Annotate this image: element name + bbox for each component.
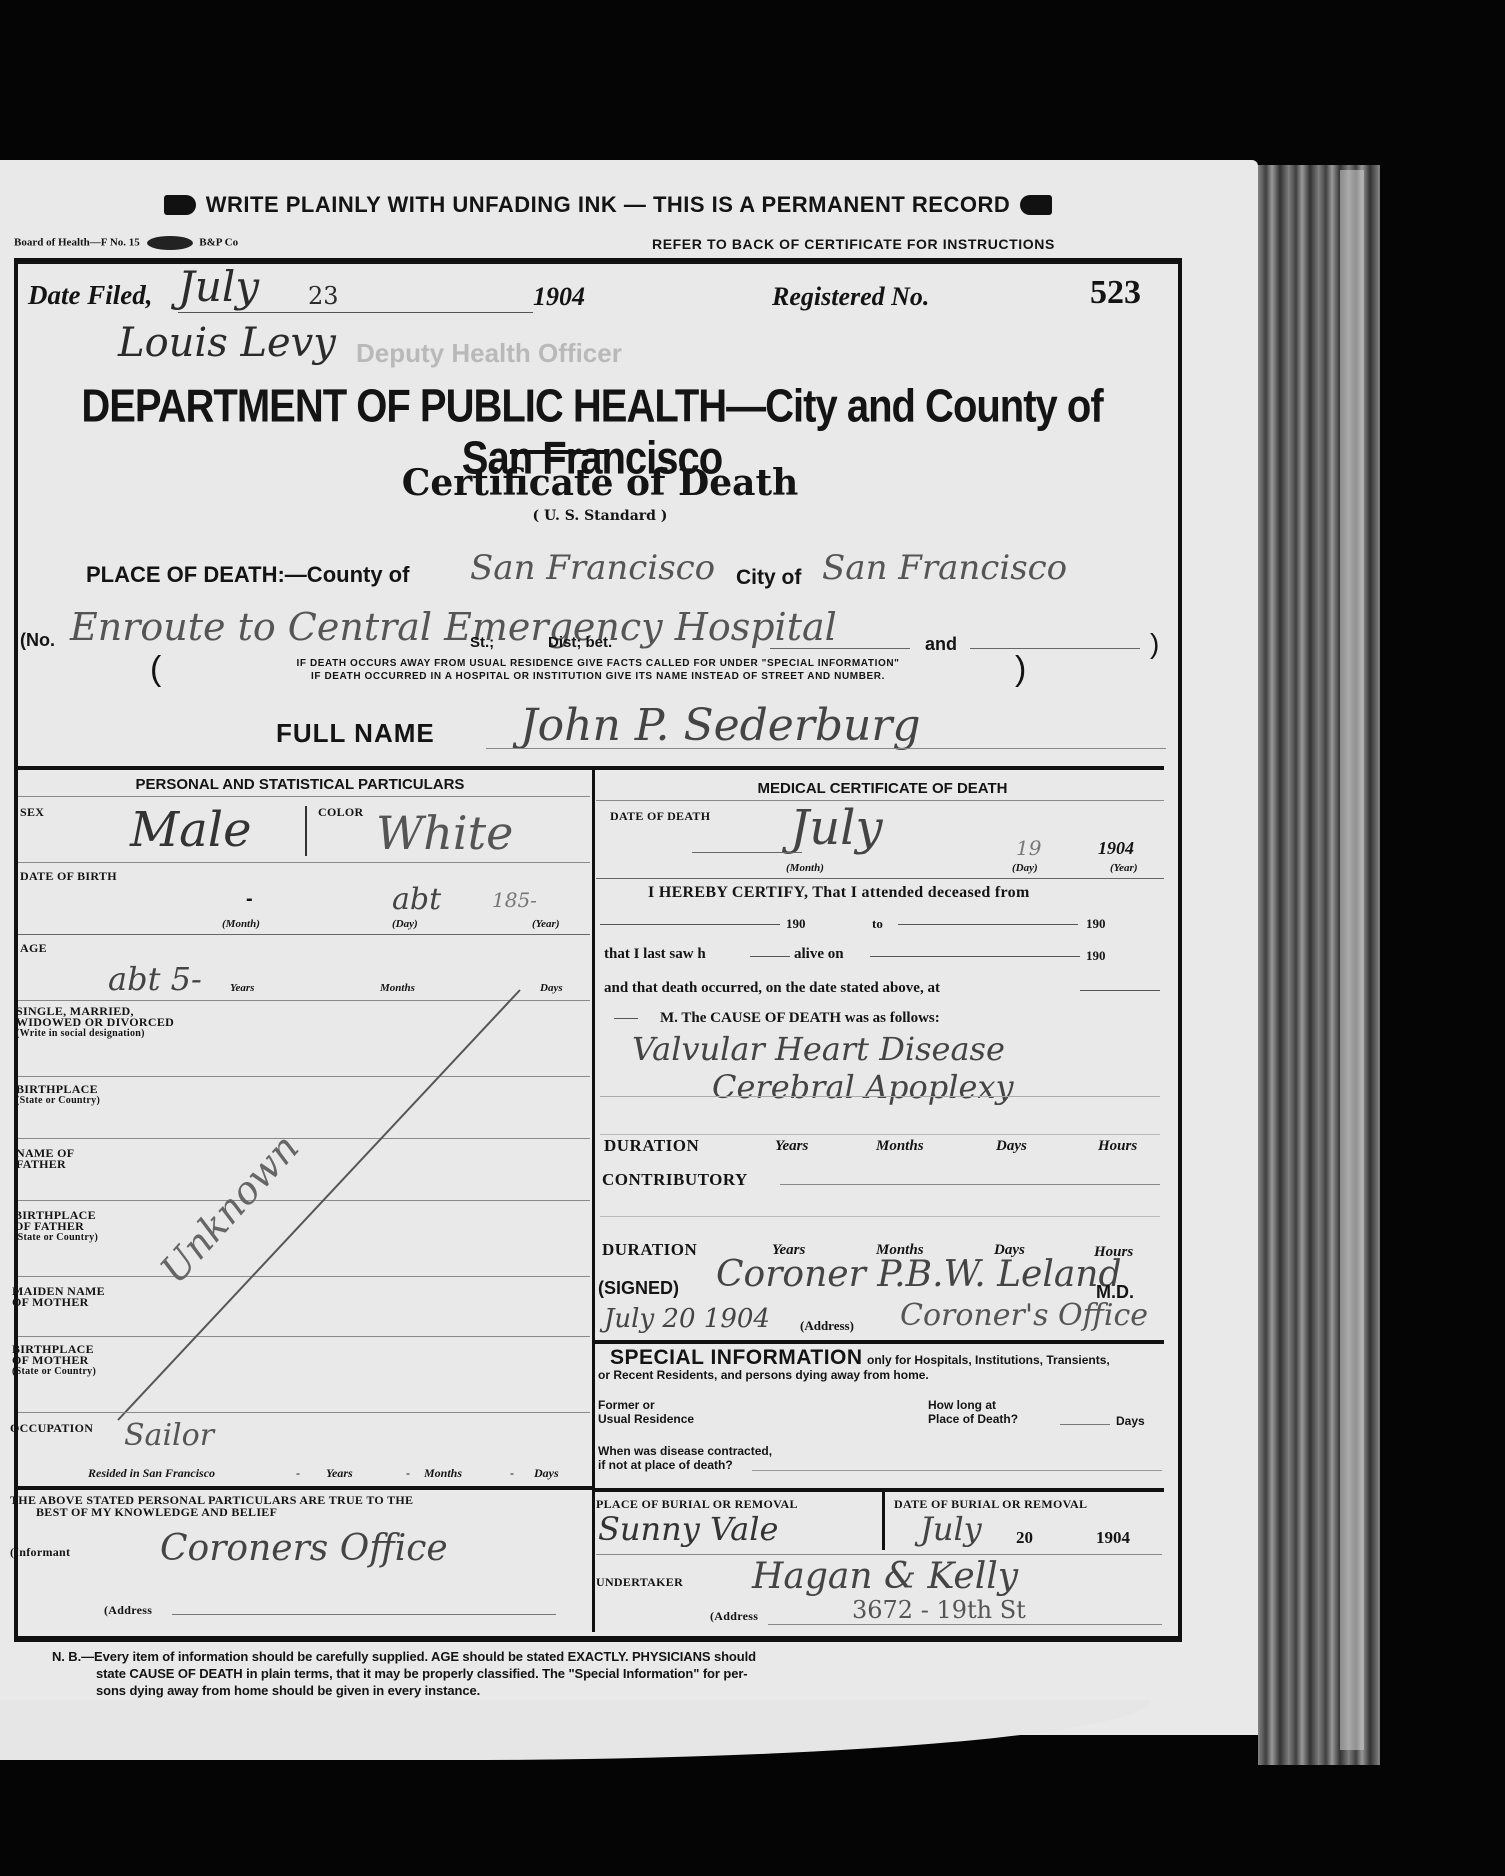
date-of-death-label: DATE OF DEATH <box>610 810 710 822</box>
undertaker-label: UNDERTAKER <box>596 1576 683 1588</box>
informant-address-line <box>172 1614 556 1615</box>
alive-on-year: 190 <box>1086 948 1106 964</box>
how-long-line <box>1060 1424 1110 1425</box>
duration-months: Months <box>876 1138 924 1155</box>
dod-year: 1904 <box>1098 838 1134 859</box>
how-long-label: How long at Place of Death? <box>928 1398 1018 1426</box>
burial-place-label: PLACE OF BURIAL OR REMOVAL <box>596 1498 798 1510</box>
resided-months-caption: Months <box>424 1466 462 1481</box>
occupation-value: Sailor <box>124 1418 214 1453</box>
resided-label: Resided in San Francisco <box>88 1466 215 1481</box>
signer-address-label: (Address) <box>800 1318 854 1334</box>
row-line <box>596 878 1164 879</box>
row-line <box>596 1554 1162 1555</box>
pronoun-line <box>750 956 790 957</box>
attended-to-line <box>898 924 1078 925</box>
cause-line <box>600 1096 1160 1097</box>
duration-label: DURATION <box>604 1136 699 1156</box>
resided-months-value: - <box>406 1466 410 1480</box>
special-info-heading-block: SPECIAL INFORMATION only for Hospitals, … <box>610 1346 1110 1370</box>
disease-contracted-line <box>752 1470 1162 1471</box>
attended-from-line <box>600 924 780 925</box>
signed-date: July 20 1904 <box>604 1304 770 1334</box>
former-residence-label: Former or Usual Residence <box>598 1398 694 1426</box>
undertaker-value: Hagan & Kelly <box>752 1556 1018 1597</box>
medical-heading: MEDICAL CERTIFICATE OF DEATH <box>600 780 1165 797</box>
duration-years: Years <box>775 1138 808 1155</box>
duration-label-2: DURATION <box>602 1240 697 1260</box>
burial-date-label: DATE of BURIAL or REMOVAL <box>894 1498 1087 1510</box>
death-time-line <box>1080 990 1160 991</box>
resided-years-value: - <box>296 1466 300 1480</box>
duration-days: Days <box>996 1138 1027 1155</box>
special-info-note-2: or Recent Residents, and persons dying a… <box>598 1368 929 1382</box>
attended-to-label: to <box>872 916 883 932</box>
time-line <box>614 1018 638 1019</box>
occupation-label: OCCUPATION <box>10 1422 93 1434</box>
special-info-divider <box>594 1340 1164 1344</box>
burial-date-day: 20 <box>1016 1528 1033 1548</box>
burial-date-month: July <box>920 1510 982 1548</box>
signed-label: (SIGNED) <box>598 1278 679 1299</box>
dod-day: 19 <box>1016 836 1041 860</box>
dod-month: July <box>790 800 883 856</box>
cause-line <box>600 1134 1160 1135</box>
attestation-text: THE ABOVE STATED PERSONAL PARTICULARS AR… <box>10 1494 413 1518</box>
dod-day-caption: (Day) <box>1012 862 1038 874</box>
alive-on-text: alive on <box>794 946 844 963</box>
dod-month-line <box>692 852 802 853</box>
footnote-line-1: N. B.—Every item of information should b… <box>52 1648 756 1665</box>
special-info-note-1: only for Hospitals, Institutions, Transi… <box>867 1353 1110 1367</box>
burial-divider <box>594 1488 1164 1492</box>
alive-on-line <box>870 956 1080 957</box>
resided-days-caption: Days <box>534 1466 559 1481</box>
undertaker-address: 3672 - 19th St <box>852 1596 1026 1624</box>
cause-of-death-text: M. The CAUSE OF DEATH was as follows: <box>660 1010 940 1027</box>
death-occurred-text: and that death occurred, on the date sta… <box>604 980 940 997</box>
cause-primary: Valvular Heart Disease <box>632 1030 1005 1068</box>
footnote-line-3: sons dying away from home should be give… <box>52 1682 756 1699</box>
informant-value: Coroners Office <box>160 1528 448 1569</box>
contributory-line-2 <box>600 1216 1160 1217</box>
burial-date-year: 1904 <box>1096 1528 1130 1548</box>
dod-year-caption: (Year) <box>1110 862 1138 874</box>
attestation-divider <box>14 1486 594 1490</box>
attended-from-year: 190 <box>786 916 806 932</box>
row-line <box>18 1412 590 1413</box>
how-long-days-label: Days <box>1116 1414 1145 1428</box>
special-info-heading: SPECIAL INFORMATION <box>610 1346 863 1369</box>
resided-days-value: - <box>510 1466 514 1480</box>
informant-label: (Informant <box>10 1546 70 1558</box>
contributory-line <box>780 1184 1160 1185</box>
signed-by-value: Coroner P.B.W. Leland <box>716 1254 1122 1295</box>
duration-hours: Hours <box>1098 1138 1137 1155</box>
footnote: N. B.—Every item of information should b… <box>52 1648 756 1699</box>
last-saw-text: that I last saw h <box>604 946 706 963</box>
dod-month-caption: (Month) <box>786 862 824 874</box>
attended-to-year: 190 <box>1086 916 1106 932</box>
signer-address: Coroner's Office <box>900 1298 1148 1333</box>
footnote-line-2: state CAUSE OF DEATH in plain terms, tha… <box>52 1665 756 1682</box>
undertaker-address-label: (Address <box>710 1610 758 1622</box>
cause-secondary: Cerebral Apoplexy <box>712 1068 1014 1106</box>
burial-place-value: Sunny Vale <box>598 1510 778 1548</box>
disease-contracted-label: When was disease contracted, if not at p… <box>598 1444 772 1472</box>
undertaker-address-line <box>768 1624 1162 1625</box>
certify-text: I HEREBY CERTIFY, That I attended deceas… <box>648 884 1030 902</box>
informant-address-label: (Address <box>104 1604 152 1616</box>
contributory-label: CONTRIBUTORY <box>602 1170 748 1190</box>
resided-years-caption: Years <box>326 1466 353 1481</box>
burial-column-divider <box>882 1490 885 1550</box>
